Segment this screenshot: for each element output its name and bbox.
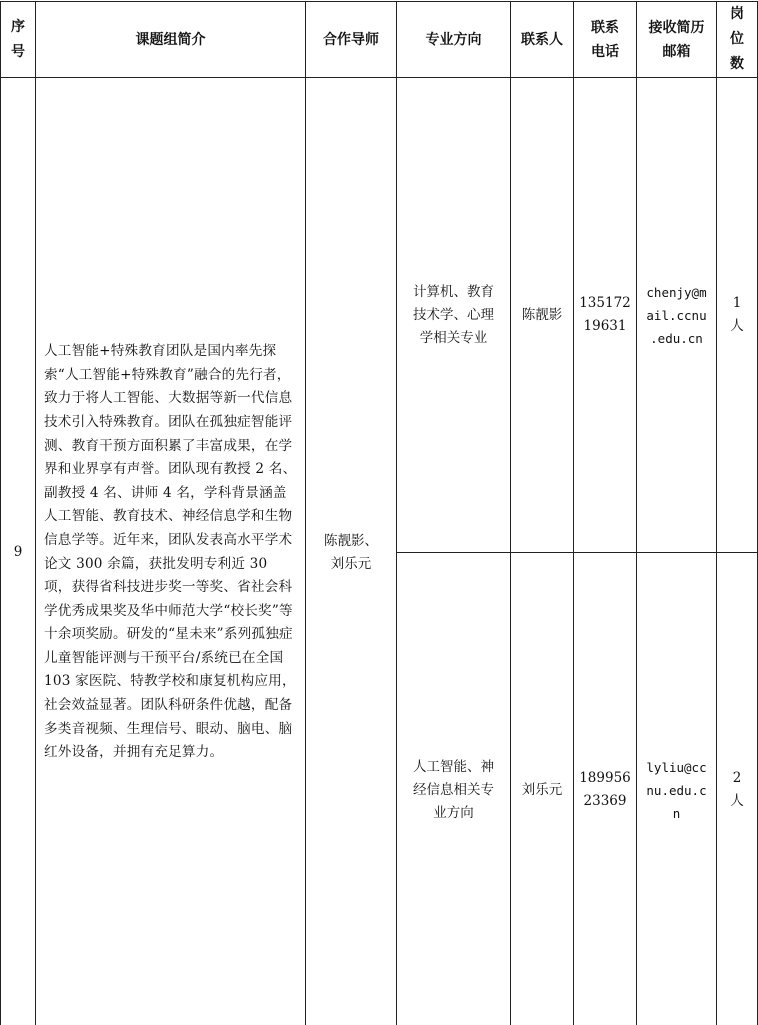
contact-person: 陈靓影: [511, 78, 574, 553]
contact-phone: 189956 23369: [574, 553, 637, 1025]
contact-person: 刘乐元: [511, 553, 574, 1025]
header-intro: 课题组简介: [36, 2, 306, 78]
major-direction: 计算机、教育 技术学、心理 学相关专业: [397, 78, 511, 553]
row-index: 9: [1, 78, 36, 1025]
advisor-names: 陈靓影、 刘乐元: [306, 78, 397, 1025]
header-index: 序 号: [1, 2, 36, 78]
contact-phone: 135172 19631: [574, 78, 637, 553]
header-row: 序 号 课题组简介 合作导师 专业方向 联系人 联系 电话 接收简历 邮箱 岗 …: [1, 2, 758, 78]
header-contact: 联系人: [511, 2, 574, 78]
header-advisor: 合作导师: [306, 2, 397, 78]
table-row: 9 人工智能+特殊教育团队是国内率先探索“人工智能+特殊教育”融合的先行者，致力…: [1, 78, 758, 553]
major-direction: 人工智能、神 经信息相关专 业方向: [397, 553, 511, 1025]
position-count: 1 人: [717, 78, 758, 553]
contact-email: chenjy@m ail.ccnu .edu.cn: [637, 78, 717, 553]
position-count: 2 人: [717, 553, 758, 1025]
recruitment-table: 序 号 课题组简介 合作导师 专业方向 联系人 联系 电话 接收简历 邮箱 岗 …: [0, 1, 758, 1025]
group-intro: 人工智能+特殊教育团队是国内率先探索“人工智能+特殊教育”融合的先行者，致力于将…: [36, 78, 306, 1025]
header-phone: 联系 电话: [574, 2, 637, 78]
header-email: 接收简历 邮箱: [637, 2, 717, 78]
header-positions: 岗 位 数: [717, 2, 758, 78]
header-major: 专业方向: [397, 2, 511, 78]
contact-email: lyliu@cc nu.edu.c n: [637, 553, 717, 1025]
